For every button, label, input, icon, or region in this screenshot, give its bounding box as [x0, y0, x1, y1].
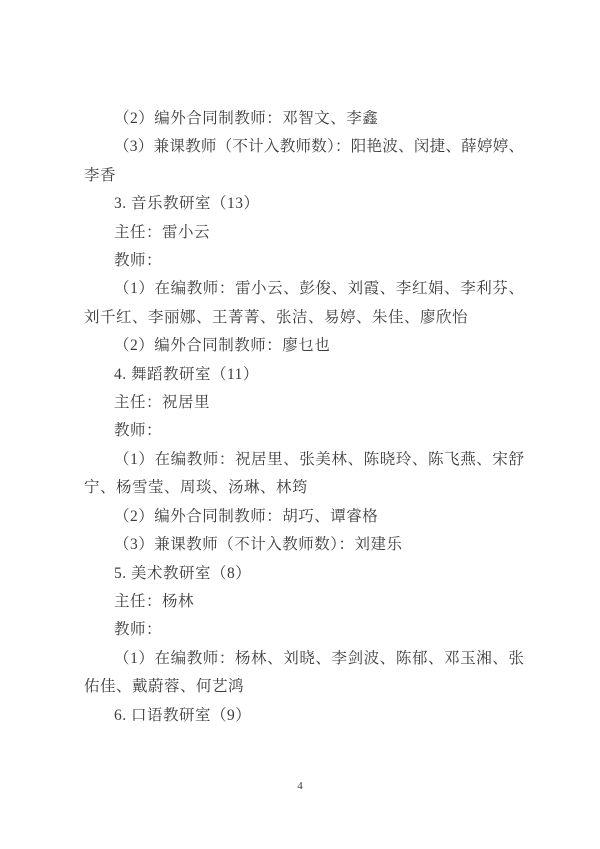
text-line: 宁、杨雪莹、周琰、汤琳、林筠 [84, 474, 524, 502]
text-line: （2）编外合同制教师：邓智文、李鑫 [84, 105, 524, 133]
text-line: 佑佳、戴蔚蓉、何艺鸿 [84, 673, 524, 701]
text-line: 教师： [84, 616, 524, 644]
text-line: 4. 舞蹈教研室（11） [84, 361, 524, 389]
document-body: （2）编外合同制教师：邓智文、李鑫（3）兼课教师（不计入教师数）：阳艳波、闵捷、… [84, 105, 524, 730]
text-line: （3）兼课教师（不计入教师数）：阳艳波、闵捷、薛婷婷、 [84, 133, 524, 161]
text-line: （2）编外合同制教师：廖乜也 [84, 332, 524, 360]
text-line: 主任：雷小云 [84, 219, 524, 247]
text-line: （1）在编教师：祝居里、张美林、陈晓玲、陈飞燕、宋舒 [84, 446, 524, 474]
text-line: 李香 [84, 162, 524, 190]
text-line: 刘千红、李丽娜、王菁菁、张洁、易婷、朱佳、廖欣怡 [84, 304, 524, 332]
page-number: 4 [297, 780, 303, 792]
text-line: 教师： [84, 417, 524, 445]
text-line: （3）兼课教师（不计入教师数）：刘建乐 [84, 531, 524, 559]
text-line: 教师： [84, 247, 524, 275]
text-line: （1）在编教师：杨林、刘晓、李剑波、陈郁、邓玉湘、张 [84, 645, 524, 673]
text-line: （2）编外合同制教师：胡巧、谭睿格 [84, 503, 524, 531]
text-line: 6. 口语教研室（9） [84, 702, 524, 730]
page-footer: 4 [0, 779, 600, 793]
document-page: （2）编外合同制教师：邓智文、李鑫（3）兼课教师（不计入教师数）：阳艳波、闵捷、… [0, 0, 600, 849]
text-line: 主任：杨林 [84, 588, 524, 616]
text-line: 3. 音乐教研室（13） [84, 190, 524, 218]
text-line: （1）在编教师：雷小云、彭俊、刘霞、李红娟、李利芬、 [84, 275, 524, 303]
text-line: 主任：祝居里 [84, 389, 524, 417]
text-line: 5. 美术教研室（8） [84, 560, 524, 588]
